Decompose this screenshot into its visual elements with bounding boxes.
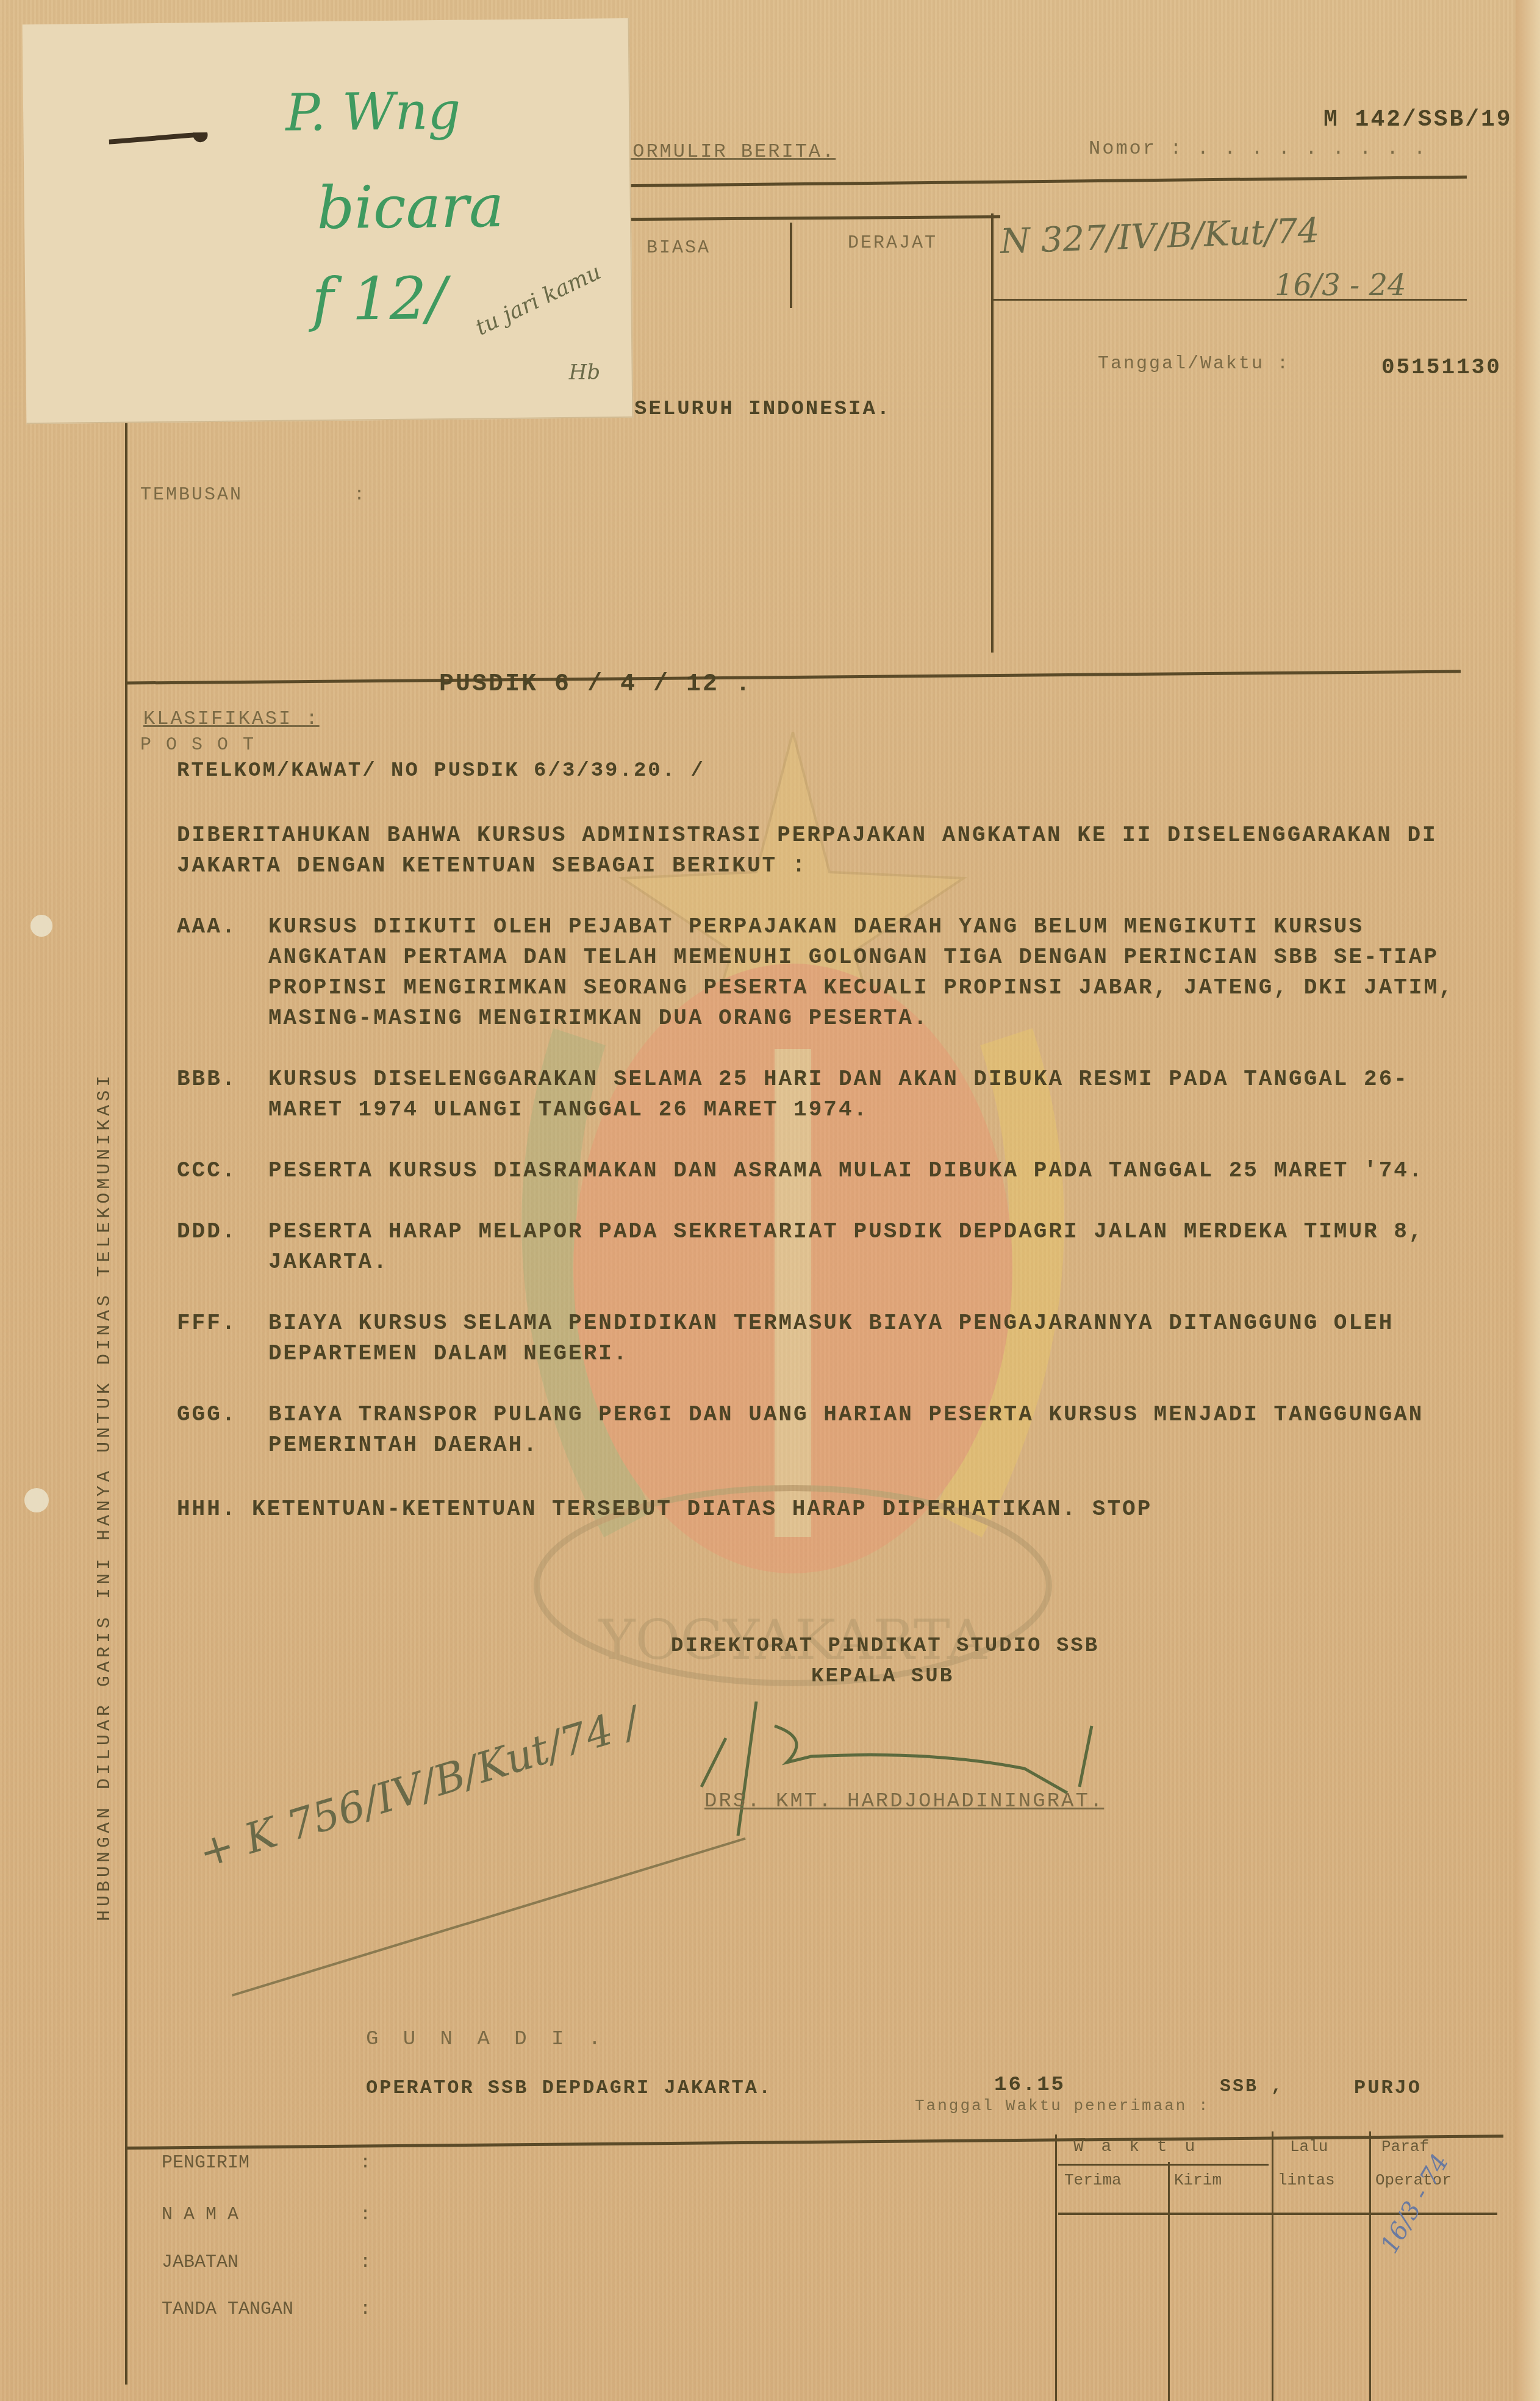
klasifikasi-value: P O S O T	[140, 735, 256, 756]
received-by: SSB ,	[1220, 2077, 1284, 2097]
tanda-tangan-label: TANDA TANGAN	[162, 2299, 293, 2320]
signature-scribble-icon	[689, 1701, 1238, 1842]
jabatan-label: JABATAN	[162, 2252, 238, 2273]
col-divider	[790, 223, 792, 308]
signature-line-2: KEPALA SUB	[811, 1665, 954, 1688]
footer-divider-2	[1168, 2162, 1170, 2401]
paraf-label: Paraf	[1381, 2138, 1429, 2156]
waktu-header: W a k t u	[1073, 2138, 1198, 2156]
list-item: GGG. BIAYA TRANSPOR PULANG PERGI DAN UAN…	[177, 1400, 1470, 1461]
reference-code: M 142/SSB/19	[1323, 107, 1513, 133]
item-text: KURSUS DISELENGGARAKAN SELAMA 25 HARI DA…	[268, 1064, 1470, 1125]
item-text: BIAYA TRANSPOR PULANG PERGI DAN UANG HAR…	[268, 1400, 1470, 1461]
tanda-tangan-colon: :	[360, 2299, 371, 2320]
tanggal-waktu-label: Tanggal/Waktu :	[1098, 354, 1290, 374]
note-line-1: P. Wng	[285, 81, 461, 143]
item-label: FFF.	[177, 1308, 237, 1339]
item-text: PESERTA KURSUS DIASRAMAKAN DAN ASRAMA MU…	[268, 1156, 1470, 1186]
item-label: AAA.	[177, 912, 237, 942]
tembusan-colon: :	[354, 485, 367, 506]
terima-label: Terima	[1064, 2171, 1122, 2189]
punch-hole-icon	[24, 1488, 49, 1512]
operator-title: OPERATOR SSB DEPDAGRI JAKARTA.	[366, 2077, 772, 2099]
reff-line: RTELKOM/KAWAT/ NO PUSDIK 6/3/39.20. /	[177, 759, 705, 782]
kepada-line: SELURUH INDONESIA.	[634, 398, 891, 421]
form-title: FORMULIR BERITA.	[619, 140, 836, 163]
item-label: GGG.	[177, 1400, 237, 1430]
list-item: BBB. KURSUS DISELENGGARAKAN SELAMA 25 HA…	[177, 1064, 1470, 1125]
waktu-underline	[1058, 2164, 1269, 2166]
footer-divider-1	[1055, 2134, 1057, 2401]
jabatan-colon: :	[360, 2252, 371, 2273]
lintas-label: lintas	[1278, 2171, 1335, 2189]
nomor-label: Nomor : . . . . . . . . .	[1089, 137, 1427, 160]
item-label: CCC.	[177, 1156, 237, 1186]
punch-hole-icon	[30, 915, 52, 937]
pengirim-colon: :	[360, 2153, 371, 2174]
kirim-label: Kirim	[1174, 2171, 1222, 2189]
item-text: BIAYA KURSUS SELAMA PENDIDIKAN TERMASUK …	[268, 1308, 1470, 1369]
operator-name: G U N A D I .	[366, 2028, 607, 2051]
col-derajat: DERAJAT	[848, 233, 937, 254]
item-label: HHH.	[177, 1497, 237, 1522]
margin-vertical-text: HUBUNGAN DILUAR GARIS INI HANYA UNTUK DI…	[95, 1072, 115, 1921]
signatory-name: DRS. KMT. HARDJOHADININGRAT.	[704, 1790, 1104, 1813]
received-label: Tanggal Waktu penerimaan :	[915, 2097, 1210, 2115]
list-item: FFF. BIAYA KURSUS SELAMA PENDIDIKAN TERM…	[177, 1308, 1470, 1369]
item-label: DDD.	[177, 1217, 237, 1247]
list-item: CCC. PESERTA KURSUS DIASRAMAKAN DAN ASRA…	[177, 1156, 1470, 1186]
klasifikasi-label: KLASIFIKASI :	[143, 707, 320, 730]
left-border	[125, 415, 127, 2385]
lalu-label: Lalu	[1290, 2138, 1328, 2156]
handwritten-date: 16/3 - 24	[1275, 268, 1406, 302]
list-item: AAA. KURSUS DIIKUTI OLEH PEJABAT PERPAJA…	[177, 912, 1470, 1034]
col-biasa: BIASA	[646, 238, 711, 259]
note-line-3: f 12/	[312, 264, 447, 334]
footer-divider-3	[1272, 2131, 1273, 2401]
item-text: PESERTA HARAP MELAPOR PADA SEKRETARIAT P…	[268, 1217, 1470, 1278]
item-text: KURSUS DIIKUTI OLEH PEJABAT PERPAJAKAN D…	[268, 912, 1470, 1034]
intro-paragraph: DIBERITAHUKAN BAHWA KURSUS ADMINISTRASI …	[177, 820, 1445, 881]
header-right-divider	[991, 213, 994, 653]
list-item: DDD. PESERTA HARAP MELAPOR PADA SEKRETAR…	[177, 1217, 1470, 1278]
list-item-final: HHH. KETENTUAN-KETENTUAN TERSEBUT DIATAS…	[177, 1494, 1458, 1525]
item-text: KETENTUAN-KETENTUAN TERSEBUT DIATAS HARA…	[252, 1497, 1152, 1522]
tanggal-waktu-value: 05151130	[1381, 355, 1502, 380]
note-initial: Hb	[568, 360, 600, 385]
staple-icon	[109, 132, 212, 145]
pengirim-label: PENGIRIM	[162, 2153, 249, 2174]
attached-note-slip: P. Wng bicara f 12/ tu jari kamu Hb	[23, 18, 634, 424]
note-line-2: bicara	[317, 172, 504, 242]
nama-colon: :	[360, 2205, 371, 2225]
tembusan-label: TEMBUSAN	[140, 485, 243, 506]
receiver-name: PURJO	[1354, 2077, 1422, 2099]
item-label: BBB.	[177, 1064, 237, 1095]
footer-divider-4	[1369, 2131, 1371, 2401]
paper-edge	[1516, 0, 1540, 2401]
received-time: 16.15	[994, 2074, 1065, 2097]
note-small: tu jari kamu	[471, 259, 604, 340]
pusdik-reference: PUSDIK 6 / 4 / 12 .	[439, 671, 752, 698]
footer-header-rule	[1058, 2213, 1497, 2215]
signature-line-1: DIREKTORAT PINDIKAT STUDIO SSB	[671, 1634, 1099, 1658]
nama-label: N A M A	[162, 2205, 238, 2225]
